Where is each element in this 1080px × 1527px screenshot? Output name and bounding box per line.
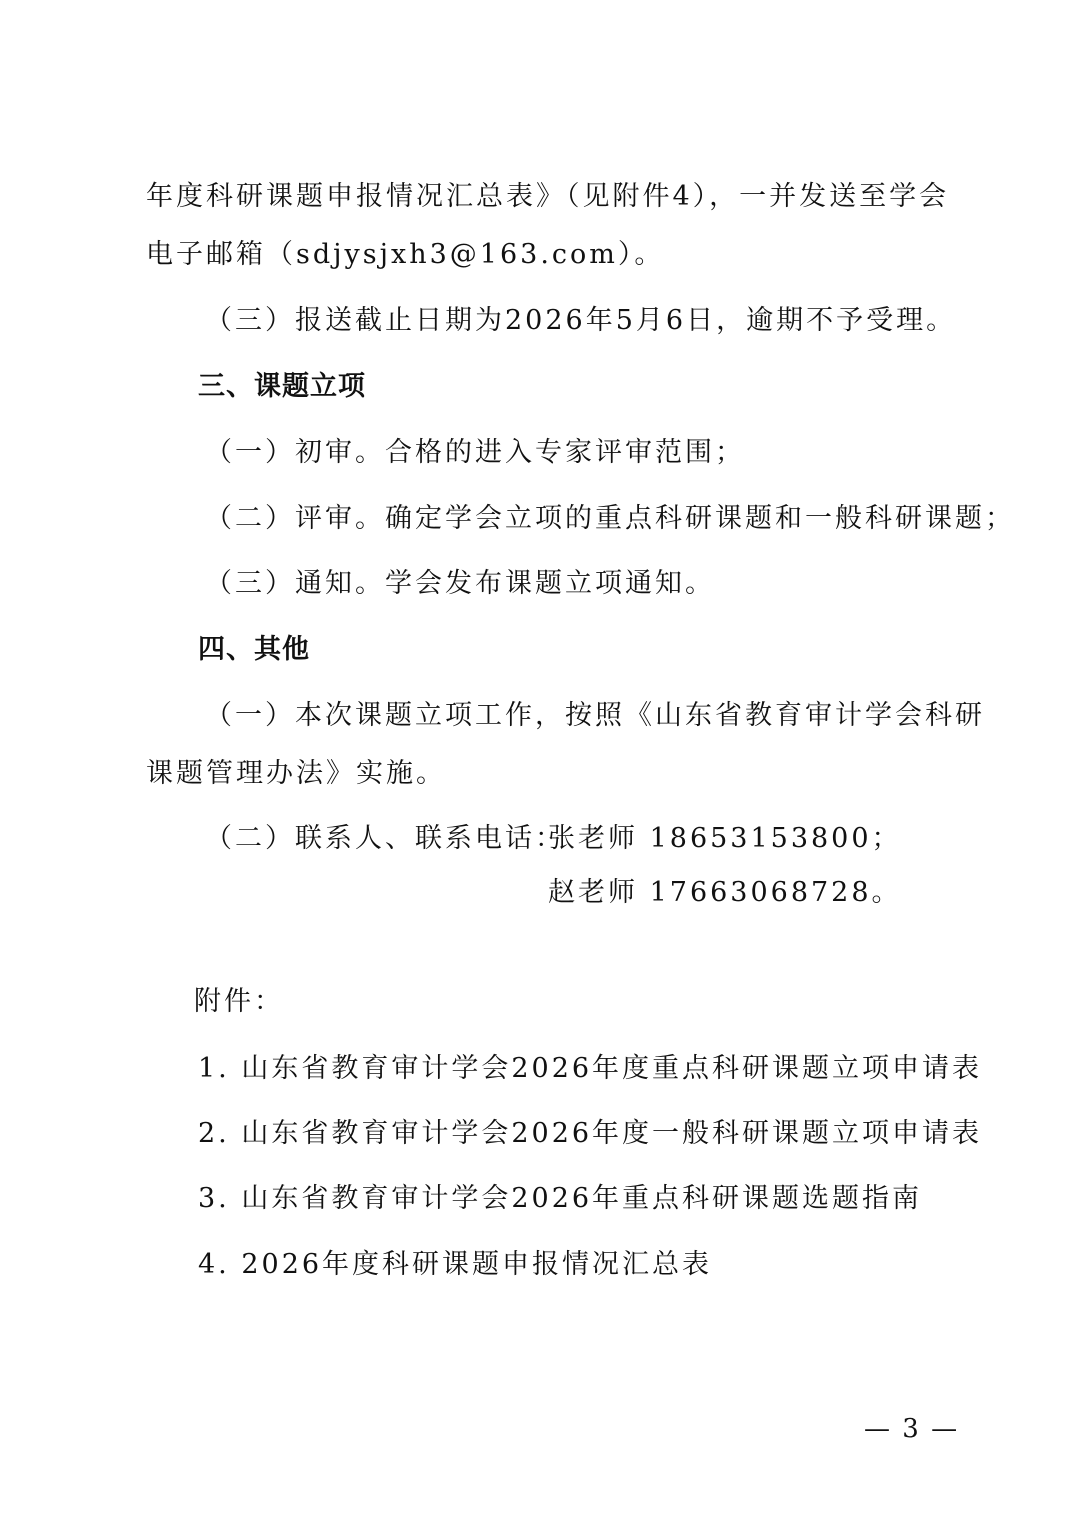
- attachment-item: 3. 山东省教育审计学会2026年重点科研课题选题指南: [198, 1182, 922, 1216]
- list-item: （二）评审。确定学会立项的重点科研课题和一般科研课题；: [205, 502, 1015, 536]
- contact-zhang: 张老师 18653153800；: [548, 822, 902, 856]
- attachments-label: 附件：: [194, 985, 284, 1019]
- section-heading-project-approval: 三、课题立项: [198, 370, 366, 404]
- list-item: （三）通知。学会发布课题立项通知。: [205, 567, 715, 601]
- section-heading-other: 四、其他: [198, 633, 310, 667]
- paragraph-line: （一）本次课题立项工作，按照《山东省教育审计学会科研: [205, 699, 985, 733]
- deadline-paragraph: （三）报送截止日期为2026年5月6日，逾期不予受理。: [205, 304, 956, 338]
- list-item: （一）初审。合格的进入专家评审范围；: [205, 436, 745, 470]
- attachment-item: 1. 山东省教育审计学会2026年度重点科研课题立项申请表: [198, 1052, 982, 1086]
- attachment-item: 2. 山东省教育审计学会2026年度一般科研课题立项申请表: [198, 1117, 982, 1151]
- email-line: 电子邮箱（sdjysjxh3@163.com）。: [146, 238, 664, 272]
- contact-label: （二）联系人、联系电话：: [205, 822, 565, 856]
- paragraph-line: 课题管理办法》实施。: [146, 757, 446, 791]
- page-number: — 3 —: [864, 1414, 959, 1444]
- contact-zhao: 赵老师 17663068728。: [548, 876, 902, 910]
- attachment-item: 4. 2026年度科研课题申报情况汇总表: [198, 1248, 712, 1282]
- paragraph-line: 年度科研课题申报情况汇总表》（见附件4），一并发送至学会: [146, 180, 949, 214]
